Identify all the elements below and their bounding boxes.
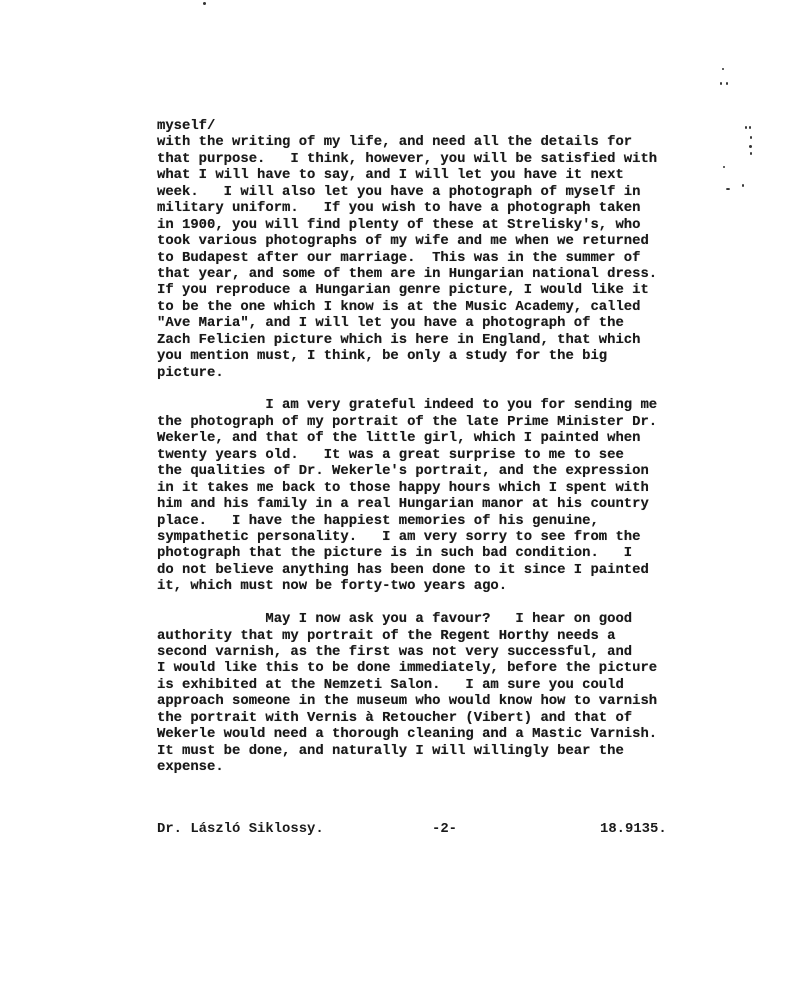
paragraph-break xyxy=(157,595,657,611)
text-line: photograph that the picture is in such b… xyxy=(157,545,657,561)
scan-speck xyxy=(745,126,747,129)
reference-number: 18.9135. xyxy=(600,821,667,837)
scan-speck xyxy=(750,136,752,139)
text-line: him and his family in a real Hungarian m… xyxy=(157,496,657,512)
scan-speck xyxy=(723,166,725,168)
text-line: Zach Felicien picture which is here in E… xyxy=(157,332,657,348)
scan-speck xyxy=(720,82,722,85)
scan-speck xyxy=(742,184,744,187)
letter-footer: Dr. László Siklossy. -2- 18.9135. xyxy=(157,821,697,839)
text-line: to Budapest after our marriage. This was… xyxy=(157,250,657,266)
text-line: second varnish, as the first was not ver… xyxy=(157,644,657,660)
text-line: authority that my portrait of the Regent… xyxy=(157,628,657,644)
scan-speck xyxy=(750,152,752,155)
recipient-name: Dr. László Siklossy. xyxy=(157,821,324,837)
text-line: is exhibited at the Nemzeti Salon. I am … xyxy=(157,677,657,693)
text-line: with the writing of my life, and need al… xyxy=(157,134,657,150)
text-line: what I will have to say, and I will let … xyxy=(157,167,657,183)
text-line: place. I have the happiest memories of h… xyxy=(157,513,657,529)
text-line: took various photographs of my wife and … xyxy=(157,233,657,249)
scan-speck xyxy=(749,145,752,148)
scan-speck xyxy=(722,68,724,70)
text-line: in 1900, you will find plenty of these a… xyxy=(157,217,657,233)
text-line: it, which must now be forty-two years ag… xyxy=(157,578,657,594)
text-line: approach someone in the museum who would… xyxy=(157,693,657,709)
text-line: to be the one which I know is at the Mus… xyxy=(157,299,657,315)
text-line: the portrait with Vernis à Retoucher (Vi… xyxy=(157,710,657,726)
text-line: military uniform. If you wish to have a … xyxy=(157,200,657,216)
scan-speck xyxy=(203,2,206,5)
text-line: that year, and some of them are in Hunga… xyxy=(157,266,657,282)
text-line: Wekerle would need a thorough cleaning a… xyxy=(157,726,657,742)
text-line: myself/ xyxy=(157,118,657,134)
text-line: that purpose. I think, however, you will… xyxy=(157,151,657,167)
text-line: Wekerle, and that of the little girl, wh… xyxy=(157,430,657,446)
text-line: expense. xyxy=(157,759,657,775)
text-line: in it takes me back to those happy hours… xyxy=(157,480,657,496)
text-line: you mention must, I think, be only a stu… xyxy=(157,348,657,364)
text-line: It must be done, and naturally I will wi… xyxy=(157,743,657,759)
text-line: do not believe anything has been done to… xyxy=(157,562,657,578)
text-line: week. I will also let you have a photogr… xyxy=(157,184,657,200)
text-line: twenty years old. It was a great surpris… xyxy=(157,447,657,463)
text-line: If you reproduce a Hungarian genre pictu… xyxy=(157,282,657,298)
text-line: the photograph of my portrait of the lat… xyxy=(157,414,657,430)
text-line: I would like this to be done immediately… xyxy=(157,660,657,676)
scan-speck xyxy=(726,82,728,85)
text-line: I am very grateful indeed to you for sen… xyxy=(157,397,657,413)
text-line: sympathetic personality. I am very sorry… xyxy=(157,529,657,545)
page-number: -2- xyxy=(432,821,457,837)
paragraph-break xyxy=(157,381,657,397)
letter-body: myself/with the writing of my life, and … xyxy=(157,118,657,776)
text-line: the qualities of Dr. Wekerle's portrait,… xyxy=(157,463,657,479)
document-page: myself/with the writing of my life, and … xyxy=(0,0,804,1000)
scan-speck xyxy=(726,188,730,190)
text-line: May I now ask you a favour? I hear on go… xyxy=(157,611,657,627)
text-line: "Ave Maria", and I will let you have a p… xyxy=(157,315,657,331)
scan-speck xyxy=(749,126,751,129)
text-line: picture. xyxy=(157,365,657,381)
